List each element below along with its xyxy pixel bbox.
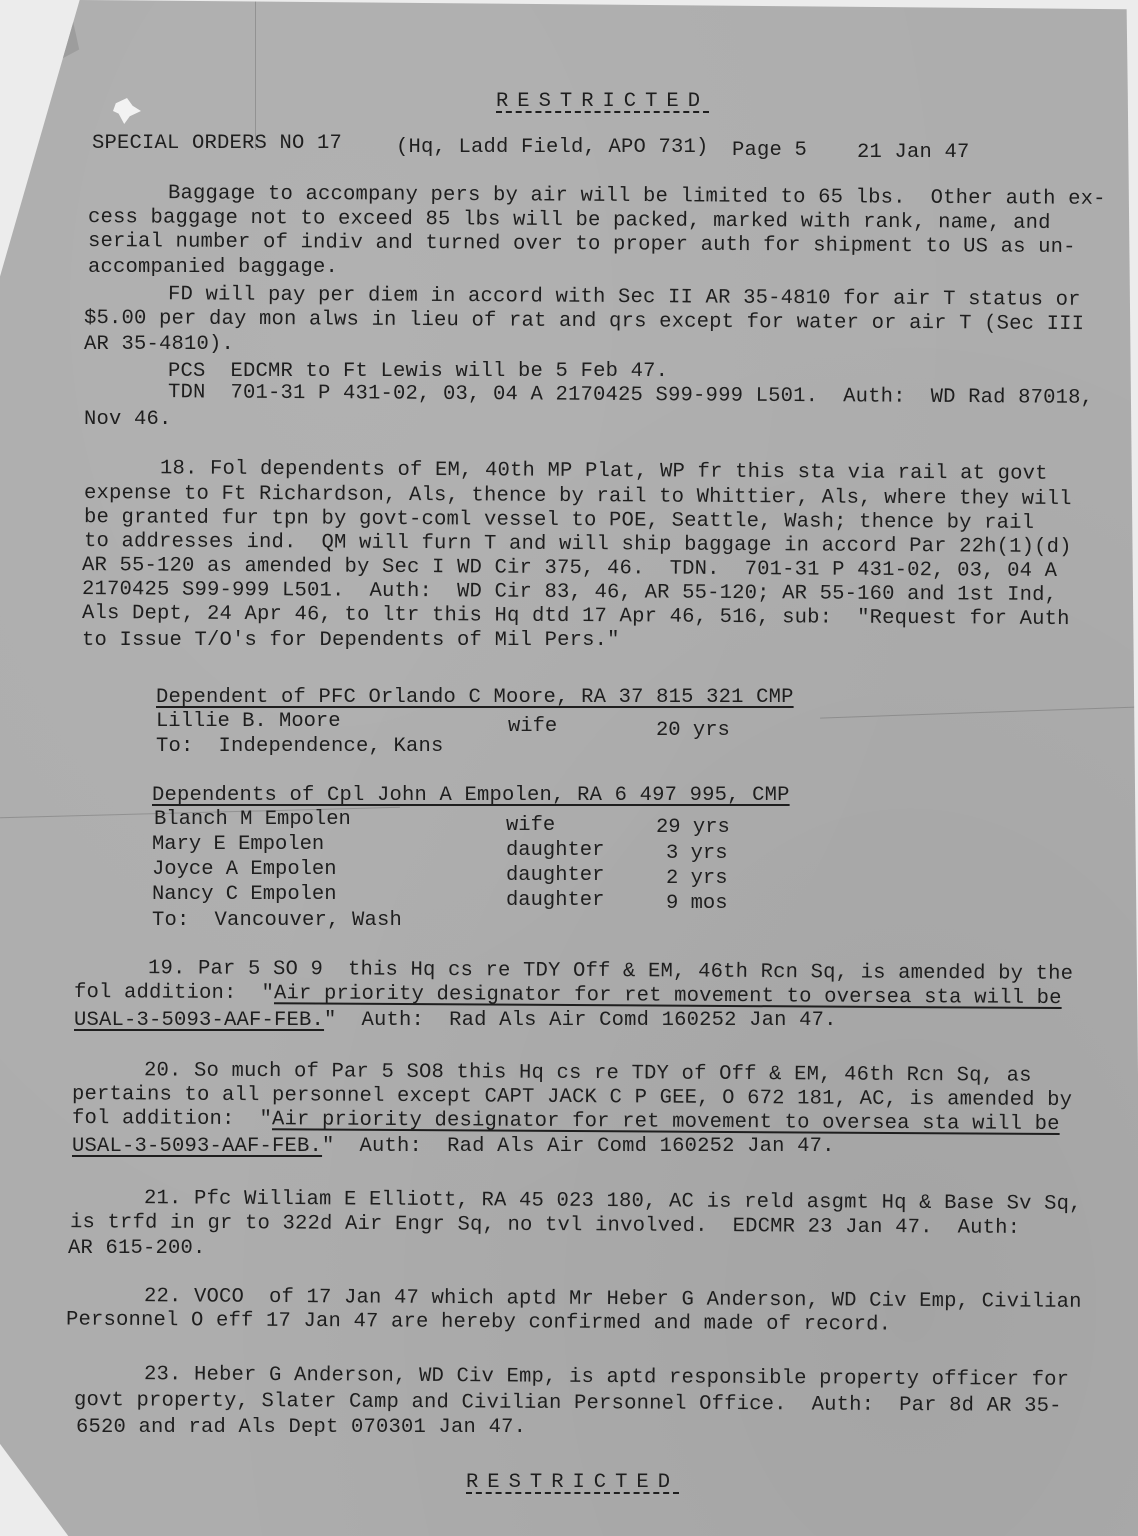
- dependent-age: 20 yrs: [656, 721, 730, 742]
- text-line: AR 615-200.: [68, 1239, 206, 1260]
- text-line: fol addition: "Air priority designator f…: [74, 983, 1062, 1010]
- text-segment: " Auth: Rad Als Air Comd 160252 Jan 47.: [324, 1009, 837, 1032]
- dependent-age: 3 yrs: [666, 844, 728, 865]
- text-line: 23. Heber G Anderson, WD Civ Emp, is apt…: [144, 1365, 1069, 1391]
- text-line: 18. Fol dependents of EM, 40th MP Plat, …: [160, 459, 1048, 485]
- text-line: USAL-3-5093-AAF-FEB." Auth: Rad Als Air …: [72, 1137, 835, 1158]
- paper-crease: [255, 0, 256, 150]
- text-segment: " Auth: Rad Als Air Comd 160252 Jan 47.: [322, 1135, 835, 1158]
- dependent-group-heading: Dependents of Cpl John A Empolen, RA 6 4…: [152, 786, 790, 807]
- text-line: Nov 46.: [84, 410, 172, 431]
- text-line: is trfd in gr to 322d Air Engr Sq, no tv…: [70, 1213, 1020, 1239]
- classification-top: RESTRICTED: [496, 92, 709, 113]
- order-number: SPECIAL ORDERS NO 17: [92, 134, 342, 155]
- dependent-name: Mary E Empolen: [152, 835, 324, 856]
- classification-bottom: RESTRICTED: [466, 1473, 679, 1494]
- dependent-relation: daughter: [506, 841, 604, 862]
- dependent-age: 9 mos: [666, 894, 728, 915]
- text-line: AR 35-4810).: [84, 335, 234, 356]
- text-segment: fol addition: ": [74, 981, 274, 1005]
- dependent-age: 29 yrs: [656, 818, 730, 839]
- folded-corner: [0, 0, 90, 90]
- page-number: Page 5: [732, 141, 807, 162]
- dependent-relation: daughter: [506, 891, 604, 912]
- underlined-quote: USAL-3-5093-AAF-FEB.: [72, 1135, 322, 1158]
- dependent-group-heading: Dependent of PFC Orlando C Moore, RA 37 …: [156, 688, 794, 709]
- text-line: fol addition: "Air priority designator f…: [72, 1109, 1060, 1136]
- underlined-quote: Air priority designator for ret movement…: [272, 1108, 1060, 1136]
- dependent-name: Nancy C Empolen: [152, 885, 337, 906]
- text-segment: fol addition: ": [72, 1107, 272, 1131]
- order-date: 21 Jan 47: [857, 143, 970, 164]
- dependent-destination: To: Independence, Kans: [156, 737, 444, 758]
- text-line: $5.00 per day mon alws in lieu of rat an…: [84, 309, 1084, 336]
- paper-crease: [820, 706, 1138, 718]
- text-line: Als Dept, 24 Apr 46, to ltr this Hq dtd …: [82, 604, 1070, 631]
- pcs-line: PCS EDCMR to Ft Lewis will be 5 Feb 47.: [168, 362, 668, 383]
- text-line: to Issue T/O's for Dependents of Mil Per…: [82, 631, 620, 652]
- text-line: accompanied baggage.: [88, 258, 338, 279]
- document-page: RESTRICTED SPECIAL ORDERS NO 17 (Hq, Lad…: [0, 0, 1138, 1536]
- text-line: serial number of indiv and turned over t…: [88, 232, 1076, 259]
- dependent-name: Blanch M Empolen: [154, 810, 351, 831]
- underlined-quote: USAL-3-5093-AAF-FEB.: [74, 1009, 324, 1032]
- text-line: govt property, Slater Camp and Civilian …: [74, 1391, 1062, 1418]
- dependent-relation: wife: [508, 717, 557, 738]
- dependent-relation: wife: [506, 816, 555, 837]
- text-line: Personnel O eff 17 Jan 47 are hereby con…: [66, 1310, 891, 1336]
- dependent-name: Joyce A Empolen: [152, 860, 337, 881]
- dependent-destination: To: Vancouver, Wash: [152, 911, 402, 932]
- text-line: USAL-3-5093-AAF-FEB." Auth: Rad Als Air …: [74, 1011, 837, 1032]
- headquarters: (Hq, Ladd Field, APO 731): [396, 138, 709, 159]
- underlined-quote: Air priority designator for ret movement…: [274, 982, 1062, 1010]
- dependent-name: Lillie B. Moore: [156, 712, 341, 733]
- text-line: 6520 and rad Als Dept 070301 Jan 47.: [76, 1418, 526, 1439]
- text-line: TDN 701-31 P 431-02, 03, 04 A 2170425 S9…: [168, 383, 1093, 409]
- dependent-age: 2 yrs: [666, 869, 728, 890]
- paper-tear-hole: [113, 98, 141, 124]
- dependent-relation: daughter: [506, 866, 604, 887]
